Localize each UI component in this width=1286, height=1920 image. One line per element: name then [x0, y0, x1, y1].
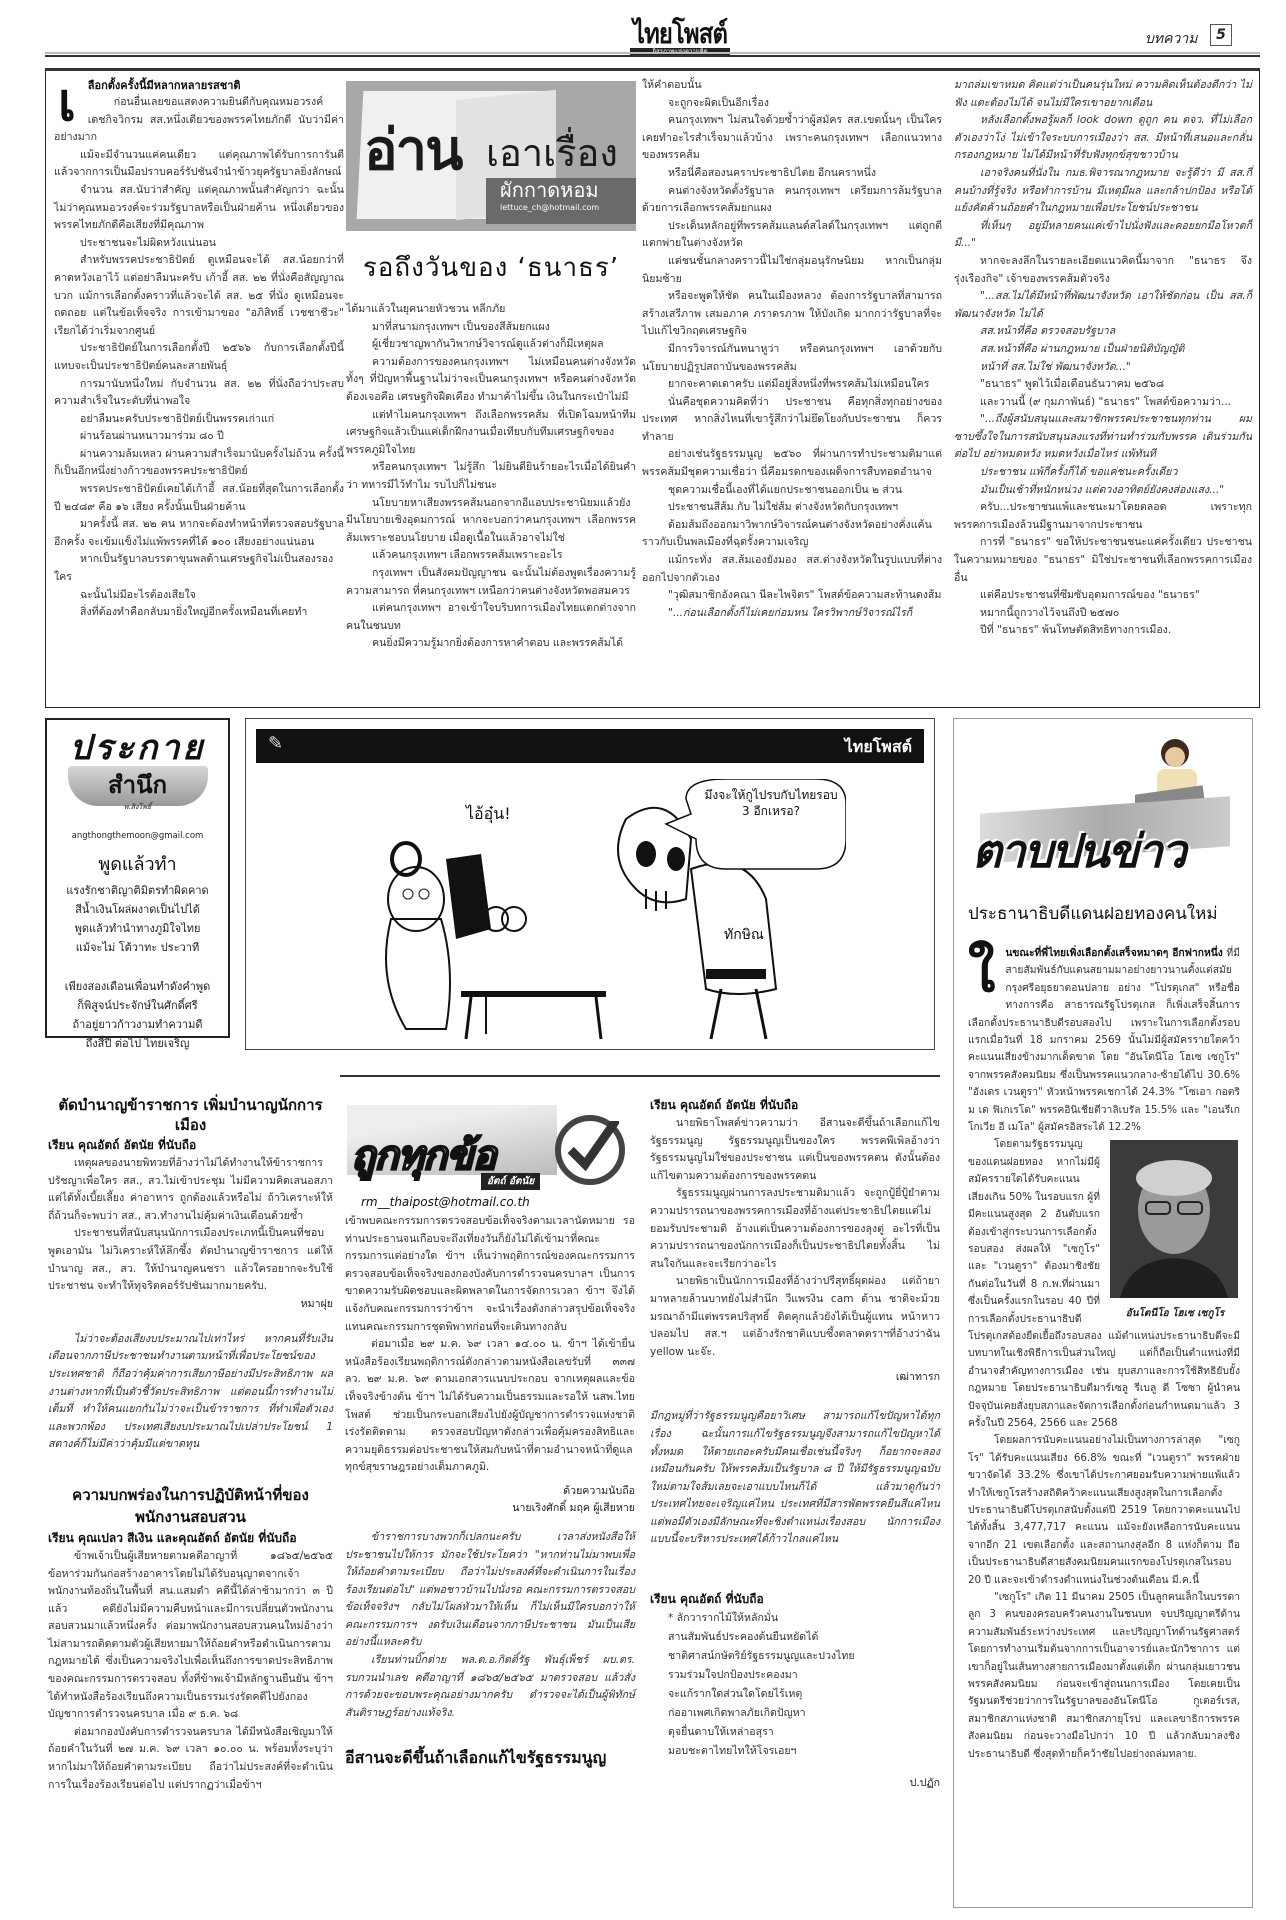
- letters-column-2: ถูกทุกข้อ อัตถ์ อัตนัย rm__thaipost@hotm…: [345, 1095, 635, 1768]
- poem-line: ถ้าอยู่ยาวก้าวงามทำความดี: [47, 1015, 228, 1034]
- poem-line: เพียงสองเดือนเพื่อนทำดังคำพูด: [47, 977, 228, 996]
- poem-column-logo: ประกาย สำนึก พ.สิงโพธิ์: [47, 730, 228, 825]
- paragraph: ยากจะคาดเดาครับ แต่มีอยู่สิ่งหนึ่งที่พรร…: [642, 376, 942, 394]
- paragraph: "...สส.ไม่ได้มีหน้าที่พัฒนาจังหวัด เอาให…: [954, 288, 1252, 323]
- letter-headline: ตัดบำนาญข้าราชการ เพิ่มบำนาญนักการเมือง: [48, 1095, 333, 1135]
- paragraph: ผู้เชี่ยวชาญพากันวิพากษ์วิจารณ์ดูแล้วต่า…: [346, 336, 636, 354]
- paragraph: จะถูกจะผิดเป็นอีกเรื่อง: [642, 95, 942, 113]
- paragraph: สิ่งที่ต้องทำคือกลับมายิ่งใหญ่อีกครั้งเห…: [54, 604, 344, 622]
- poem-email: angthongthemoon@gmail.com: [47, 831, 228, 841]
- article-column-4: มาถล่มเขาหมด คิดแต่ว่าเป็นคนรุ่นใหม่ ควา…: [954, 77, 1252, 640]
- paragraph: ประชาธิปัตย์ในการเลือกตั้งปี ๒๕๖๖ กับการ…: [54, 340, 344, 375]
- poem-line: มอบชะตาไทยไทให้โจรเอยฯ: [668, 1742, 940, 1761]
- letter-poem: * ลักวารากไม้ให้หลักมั่น สานสัมพันธ์ประค…: [650, 1609, 940, 1761]
- paragraph: การที่ "ธนาธร" ขอให้ประชาชนชนะแค่ครั้งเด…: [954, 534, 1252, 587]
- paragraph: ผ่านร้อนผ่านหนาวมาร่วม ๘๐ ปี: [54, 428, 344, 446]
- news-column-box: ตาบปนข่าว ประธานาธิบดีแดนฝอยทองคนใหม่ ใ …: [953, 718, 1253, 1908]
- paragraph: สส.หน้าที่คือ ผ่านกฎหมาย เป็นฝ่ายนิติบัญ…: [954, 341, 1252, 359]
- paragraph: ฉะนั้นไม่มีอะไรต้องเสียใจ: [54, 587, 344, 605]
- banner-title-mid: เอาเรื่อง: [486, 133, 618, 173]
- paragraph: มีการวิจารณ์กันหนาหูว่า หรือคนกรุงเทพฯ เ…: [642, 341, 942, 376]
- article-title: รอถึงวันของ ‘ธนาธร’: [346, 253, 636, 283]
- cartoon-brand: ไทยโพสต์: [845, 735, 912, 760]
- letter-signature: ป.ปฏัก: [650, 1775, 940, 1792]
- poem-line: จะแก้รากใดส่วนใดโดยไร้เหตุ: [668, 1685, 940, 1704]
- poem-logo-script: ประกาย: [47, 730, 228, 766]
- poem-stanza: แรงรักชาติญาติมิตรทำผิดคาด สีน้ำเงินโผล่…: [47, 881, 228, 957]
- portrait-photo: [1110, 1140, 1238, 1298]
- paragraph: ประชาชน แพ้กี่ครั้งก็ได้ ขอแค่ชนะครั้งเด…: [954, 464, 1252, 482]
- banner-author-bar: ผักกาดหอม lettuce_ch@hotmail.com: [486, 178, 636, 224]
- paragraph: ได้มาแล้วในยุคนายหัวชวน หลีกภัย: [346, 301, 636, 319]
- paragraph: มาครั้งนี้ สส. ๒๒ คน หากจะต้องทำหน้าที่ต…: [54, 516, 344, 551]
- paragraph: เอาจริงคนที่นั่งใน กมธ.พิจารณากฎหมาย จะร…: [954, 165, 1252, 218]
- lead-article-box: เ ลือกตั้งครั้งนี้มีหลากหลายรสชาติ ก่อนอ…: [45, 68, 1260, 708]
- letters-column-title: ถูกทุกข้อ: [351, 1123, 495, 1187]
- paragraph: ที่เห็นๆ อยู่มีหลายคนแค่เข้าไปนั่งฟังและ…: [954, 218, 1252, 253]
- paragraph: พรรคประชาธิปัตย์เคยได้เก้าอี้ สส.น้อยที่…: [54, 481, 344, 516]
- news-headline: ประธานาธิบดีแดนฝอยทองคนใหม่: [968, 903, 1242, 925]
- cartoon-header-bar: ✎ ไทยโพสต์: [256, 729, 924, 763]
- paragraph: จำนวน สส.นับว่าสำคัญ แต่คุณภาพนั้นสำคัญก…: [54, 182, 344, 235]
- letter-signature: เฒ่าทารก: [650, 1369, 940, 1386]
- letters-column-author: อัตถ์ อัตนัย: [481, 1173, 540, 1190]
- cartoon-speech-left: ไอ้อุ๋น!: [464, 804, 511, 824]
- paragraph: ประชาชนสีส้ม กับ ไม่ใช่ส้ม ต่างจังหวัดกั…: [642, 499, 942, 517]
- paragraph: มาที่สนามกรุงเทพฯ เป็นของสีส้มยกแผง: [346, 319, 636, 337]
- editor-reply: ข้าราชการบางพวกก็เปลกนะครับ เวลาส่งหนังส…: [345, 1529, 635, 1652]
- paragraph: การมานับหนึ่งใหม่ กับจำนวน สส. ๒๒ ที่นั่…: [54, 376, 344, 411]
- header-rule-grey: [45, 52, 1260, 54]
- poem-line: แม้จะไม่ โต้วาทะ ประวาที: [47, 938, 228, 957]
- paragraph: นโยบายหาเสียงพรรคส้มนอกจากอีแอบประชานิยม…: [346, 495, 636, 548]
- photo-figure: อันโตนีโอ โฮเซ เซกูโร: [1110, 1140, 1240, 1321]
- paragraph: คนต่างจังหวัดตั้งรัฐบาล คนกรุงเทพฯ เตรีย…: [642, 183, 942, 218]
- poem-line: แรงรักชาติญาติมิตรทำผิดคาด: [47, 881, 228, 900]
- paragraph: รัฐธรรมนูญผ่านการลงประชามติมาแล้ว จะถูกป…: [650, 1185, 940, 1273]
- editor-reply: มีกฎหมู่ที่ว่ารัฐธรรมนูญคือยาวิเศษ สามาร…: [650, 1408, 940, 1549]
- paragraph: อย่างเช่นรัฐธรรมนูญ ๒๕๖๐ ที่ผ่านการทำประ…: [642, 446, 942, 481]
- letter-headline: อีสานจะดีขึ้นถ้าเลือกแก้ไขรัฐธรรมนูญ: [345, 1748, 635, 1768]
- paragraph: อย่าลืมนะครับประชาธิปัตย์เป็นพรรคเก่าแก่: [54, 411, 344, 429]
- letter-salutation: เรียน คุณอัตถ์ อัตนัย ที่นับถือ: [48, 1135, 333, 1155]
- paragraph: และวานนี้ (๙ กุมภาพันธ์) "ธนาธร" โพสต์ข้…: [954, 394, 1252, 412]
- poem-author: พ.สิงโพธิ์: [47, 802, 228, 813]
- poem-line: ชาติศาสน์กษัตริย์รัฐธรรมนูญและปวงไทย: [668, 1647, 940, 1666]
- banner-author: ผักกาดหอม: [500, 178, 636, 202]
- paragraph: "...ถึงผู้สนับสนุนและสมาชิกพรรคประชาชนทุ…: [954, 411, 1252, 464]
- poem-box: ประกาย สำนึก พ.สิงโพธิ์ angthongthemoon@…: [45, 718, 230, 1038]
- dropcap: เ: [58, 81, 76, 125]
- poem-stanza: เพียงสองเดือนเพื่อนทำดังคำพูด ก็พิสูจน์ป…: [47, 977, 228, 1053]
- paragraph: แต่ชนชั้นกลางคราวนี้ไม่ใช่กลุ่มอนุรักษนิ…: [642, 253, 942, 288]
- paragraph: โดยผลการนับคะแนนอย่างไม่เป็นทางการล่าสุด…: [968, 1432, 1240, 1589]
- paragraph: ข้าพเจ้าเป็นผู้เสียหายตามคดีอาญาที่ ๑๘๖๕…: [48, 1548, 333, 1724]
- dropcap: ใ: [968, 947, 995, 999]
- news-lead: นขณะที่พี่ไทยเพิ่งเลือกตั้งเสร็จหมาดๆ อี…: [1005, 947, 1222, 959]
- cartoon-shirt-text: ทักษิณ: [724, 927, 764, 943]
- header-rule: [45, 55, 1260, 57]
- letters-column-email: rm__thaipost@hotmail.co.th: [361, 1195, 635, 1209]
- letter-salutation: เรียน คุณอัตถ์ ที่นับถือ: [650, 1589, 940, 1609]
- paragraph: ประชาชนที่สนับสนุนนักการเมืองประเภทนี้เป…: [48, 1225, 333, 1295]
- paragraph: ก่อนอื่นเลยขอแสดงความยินดีกับคุณหมอวรงค์…: [54, 94, 344, 147]
- section-label: บทความ: [1145, 28, 1197, 50]
- paragraph: นายพิธาโพสต์ข่าวความว่า อีสานจะดีขึ้นถ้า…: [650, 1115, 940, 1185]
- paragraph: มันเป็นเช้าที่หนักหน่วง แต่ดวงอาทิตย์ยัง…: [954, 482, 1252, 500]
- paragraph: สำหรับพรรคประชาธิปัตย์ ดูเหมือนจะได้ สส.…: [54, 252, 344, 340]
- poem-logo-ribbon: สำนึก: [68, 766, 208, 806]
- paragraph: หรือนี่คือสองนคราประชาธิปไตย อีกนคราหนึ่…: [642, 165, 942, 183]
- poem-line: ดุจยื่นดาบให้เหล่าอสุรา: [668, 1723, 940, 1742]
- poem-title: พูดแล้วทำ: [47, 853, 228, 877]
- letters-column-3: เรียน คุณอัตถ์ อัตนัย ที่นับถือ นายพิธาโ…: [650, 1095, 940, 1792]
- paragraph: มาถล่มเขาหมด คิดแต่ว่าเป็นคนรุ่นใหม่ ควา…: [954, 77, 1252, 112]
- paragraph: หรือจะพูดให้ชัด คนในเมืองหลวง ต้องการรัฐ…: [642, 288, 942, 341]
- paragraph: แล้วคนกรุงเทพฯ เลือกพรรคส้มเพราะอะไร: [346, 547, 636, 565]
- column-banner: อ่าน เอาเรื่อง ผักกาดหอม lettuce_ch@hotm…: [346, 81, 636, 231]
- poem-line: ถึงสี่ปี ต่อไป ไทยเจริญ: [47, 1034, 228, 1053]
- paragraph: สส.หน้าที่คือ ตรวจสอบรัฐบาล: [954, 323, 1252, 341]
- paragraph: แม้จะมีจำนวนแค่คนเดียว แต่คุณภาพได้รับกา…: [54, 147, 344, 182]
- paragraph: หากเป็นรัฐบาลบรรดาขุนพลด้านเศรษฐกิจไม่เป…: [54, 551, 344, 586]
- poem-line: * ลักวารากไม้ให้หลักมั่น: [668, 1609, 940, 1628]
- paragraph: ครับ...ประชาชนแพ้และชนะมาโดยตลอด เพราะทุ…: [954, 499, 1252, 534]
- article-column-2: อ่าน เอาเรื่อง ผักกาดหอม lettuce_ch@hotm…: [346, 77, 636, 653]
- poem-line: ก็พิสูจน์ประจักษ์ในศักดิ์ศรี: [47, 996, 228, 1015]
- paragraph: "ธนาธร" พูดไว้เมื่อเดือนธันวาคม ๒๕๖๘: [954, 376, 1252, 394]
- editorial-cartoon: ✎ ไทยโพสต์ ทักษิณ ไอ้อุ๋น! มึงจะให้กูไปร…: [245, 718, 935, 1050]
- letter-salutation: เรียน คุณอัตถ์ อัตนัย ที่นับถือ: [650, 1095, 940, 1115]
- article-column-1: เ ลือกตั้งครั้งนี้มีหลากหลายรสชาติ ก่อนอ…: [54, 77, 344, 622]
- paragraph: หรือคนกรุงเทพฯ ไม่รู้สึก ไม่ยินดียินร้าย…: [346, 459, 636, 494]
- letters-column-logo: ถูกทุกข้อ อัตถ์ อัตนัย: [345, 1095, 635, 1195]
- paragraph: นายพิธาเป็นนักการเมืองที่อ้างว่าปรีสุทธิ…: [650, 1273, 940, 1361]
- article-column-3: ให้คำตอบนั้น จะถูกจะผิดเป็นอีกเรื่อง คนก…: [642, 77, 942, 622]
- paragraph: ความต้องการของคนกรุงเทพฯ ไม่เหมือนคนต่าง…: [346, 354, 636, 407]
- paragraph: ประเด็นหลักอยู่ที่พรรคส้มแลนด์สไลด์ในกรุ…: [642, 218, 942, 253]
- paragraph: ต่อมาเมื่อ ๒๙ ม.ค. ๖๙ เวลา ๑๔.๐๐ น. ข้าฯ…: [345, 1336, 635, 1477]
- news-column-title: ตาบปนข่าว: [972, 815, 1185, 888]
- poem-line: รวมร่วมใจปกป้องประคองมา: [668, 1666, 940, 1685]
- banner-email: lettuce_ch@hotmail.com: [500, 202, 636, 214]
- news-column-logo: ตาบปนข่าว: [960, 725, 1246, 875]
- paragraph: กรุงเทพฯ เป็นสังคมปัญญาชน ฉะนั้นไม่ต้องพ…: [346, 565, 636, 600]
- paragraph: แต่คือประชาชนที่ซึมซับอุดมการณ์ของ "ธนาธ…: [954, 587, 1252, 605]
- paragraph: ผ่านความล้มเหลว ผ่านความสำเร็จมานับครั้ง…: [54, 446, 344, 481]
- cartoonist-mascot-icon: ✎: [268, 733, 308, 759]
- letters-column-1: ตัดบำนาญข้าราชการ เพิ่มบำนาญนักการเมือง …: [48, 1095, 333, 1794]
- masthead: ไทยโพสต์ อิสรภาพแห่งความคิด: [620, 20, 740, 56]
- paragraph: หมากนี้ถูกวางไว้จนถึงปี ๒๕๗๐: [954, 605, 1252, 623]
- article-kicker: ลือกตั้งครั้งนี้มีหลากหลายรสชาติ: [54, 77, 344, 94]
- paragraph: ปีที่ "ธนาธร" พ้นโทษตัดสิทธิทางการเมือง.: [954, 622, 1252, 640]
- news-body: ใ นขณะที่พี่ไทยเพิ่งเลือกตั้งเสร็จหมาดๆ …: [968, 945, 1240, 1763]
- letter-headline: ความบกพร่องในการปฏิบัติหน้าที่ของพนักงาน…: [48, 1484, 333, 1528]
- letters-section-rule: [340, 1075, 940, 1077]
- paragraph: "...ก่อนเลือกตั้งก็ไม่เคยก่อมหน ใครวิพาก…: [642, 605, 942, 623]
- masthead-logo: ไทยโพสต์: [629, 20, 731, 48]
- editor-reply: ไม่ว่าจะต้องเสียงบประมาณไปเท่าไหร่ หากคน…: [48, 1331, 333, 1454]
- paragraph: ประชาชนจะไม่ผิดหวังแน่นอน: [54, 235, 344, 253]
- letter-signature: นายเริงศักดิ์ มฤค ผู้เสียหาย: [345, 1500, 635, 1517]
- paragraph: หน้าที่ สส.ไม่ใช่ พัฒนาจังหวัด...": [954, 359, 1252, 377]
- paragraph: ที่มีสายสัมพันธ์กับแดนสยามมาอย่างยาวนานต…: [968, 947, 1240, 1133]
- letter-salutation: เรียน คุณเปลว สีเงิน และคุณอัตถ์ อัตนัย …: [48, 1528, 333, 1548]
- letter-signature: หมาผุ่ย: [48, 1296, 333, 1313]
- poem-line: สานสัมพันธ์ประคองต้นยืนหยัดได้: [668, 1628, 940, 1647]
- paragraph: หากจะลงลึกในรายละเอียดแนวคิดนี้มาจาก "ธน…: [954, 253, 1252, 288]
- poem-line: สีน้ำเงินโผล่ผงาดเป็นไปได้: [47, 900, 228, 919]
- cartoon-illustration: ทักษิณ ไอ้อุ๋น! มึงจะให้กูไปรบกับไทยรอบ …: [346, 779, 846, 1044]
- paragraph: นั่นคือชุดความคิดที่ว่า ประชาชน คือทุกสิ…: [642, 394, 942, 447]
- paragraph: หลังเลือกตั้งพอรู้ผลก็ look down ดูถูก ค…: [954, 112, 1252, 165]
- paragraph: ด้อมส้มถึงออกมาวิพากษ์วิจารณ์คนต่างจังหว…: [642, 517, 942, 552]
- paragraph: ชุดความเชื่อนี้เองที่ได้แยกประชาชนออกเป็…: [642, 482, 942, 500]
- poem-line: ก่ออาเพศเกิดพาลภัยเกิดปัญหา: [668, 1704, 940, 1723]
- paragraph: "เซกูโร" เกิด 11 มีนาคม 2505 เป็นลูกคนเล…: [968, 1589, 1240, 1763]
- editor-reply: เรียนท่านบิ๊กต่าย พล.ต.อ.กิตติ์รัฐ พันธุ…: [345, 1652, 635, 1722]
- paragraph: แต่ทำไมคนกรุงเทพฯ ถึงเลือกพรรคส้ม ที่เปิ…: [346, 407, 636, 460]
- checkmark-icon: [555, 1115, 625, 1185]
- paragraph: แต่คนกรุงเทพฯ อาจเข้าใจบริบทการเมืองไทยแ…: [346, 600, 636, 635]
- paragraph: เข้าพบคณะกรรมการตรวจสอบข้อเท็จจริงตามเวล…: [345, 1213, 635, 1336]
- photo-caption: อันโตนีโอ โฮเซ เซกูโร: [1110, 1306, 1240, 1321]
- paragraph: ต่อมากองบังคับการตำรวจนครบาล ได้มีหนังสื…: [48, 1724, 333, 1794]
- paragraph: "วุฒิสมาชิกอังคณา นีละไพจิตร" โพสต์ข้อคว…: [642, 587, 942, 605]
- banner-title-big: อ่าน: [364, 121, 461, 181]
- cartoon-speech-right: มึงจะให้กูไปรบกับไทยรอบ 3 อีกเหรอ?: [701, 787, 841, 819]
- paragraph: ให้คำตอบนั้น: [642, 77, 942, 95]
- paragraph: คนกรุงเทพฯ ไม่สนใจด้วยซ้ำว่าผู้สมัคร สส.…: [642, 112, 942, 165]
- page-number: 5: [1210, 24, 1232, 46]
- poem-line: พูดแล้วทำนำทางภูมิใจไทย: [47, 919, 228, 938]
- paragraph: คนยิ่งมีความรู้มากยิ่งต้องการหาคำตอบ และ…: [346, 635, 636, 653]
- paragraph: เหตุผลของนายพิทวยที่อ้างว่าไม่ได้ทำงานให…: [48, 1155, 333, 1225]
- letter-signoff: ด้วยความนับถือ: [345, 1483, 635, 1500]
- paragraph: แม้กระทั่ง สส.ส้มเองยังมอง สส.ต่างจังหวั…: [642, 552, 942, 587]
